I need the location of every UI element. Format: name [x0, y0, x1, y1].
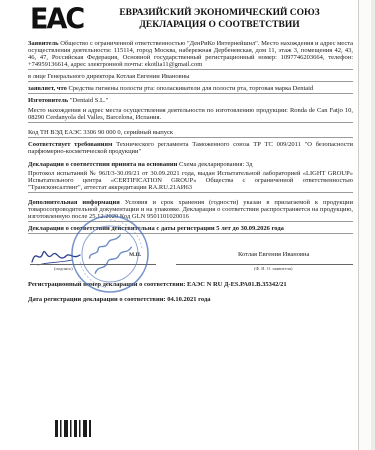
- eac-logo: ЕАС: [30, 5, 83, 33]
- title-line-union: ЕВРАЗИЙСКИЙ ЭКОНОМИЧЕСКИЙ СОЮЗ: [88, 8, 351, 20]
- manufacturer-label: Изготовитель: [28, 97, 68, 104]
- basis-label: Декларация о соответствии принята на осн…: [28, 161, 177, 168]
- applicant-paragraph: Заявитель Общество с ограниченной ответс…: [28, 40, 353, 70]
- document-body: Заявитель Общество с ограниченной ответс…: [28, 40, 353, 310]
- name-caption: (Ф. И. О. заявителя): [254, 266, 292, 271]
- document-title: ЕВРАЗИЙСКИЙ ЭКОНОМИЧЕСКИЙ СОЮЗ ДЕКЛАРАЦИ…: [88, 8, 351, 31]
- manufacturer-paragraph: Изготовитель "Dentaid S.L.": [28, 97, 353, 104]
- protocol-paragraph: Протокол испытаний № 96Л/3-30.09/21 от 3…: [28, 170, 353, 193]
- scan-edge-line: [358, 0, 359, 450]
- registration-date-line: Дата регистрации декларации о соответств…: [28, 296, 353, 304]
- additional-paragraph: Дополнительная информация Условия и срок…: [28, 199, 353, 222]
- basis-text: Схема декларирования: 3д: [179, 161, 252, 168]
- name-line: [176, 264, 353, 265]
- tnved-line: Код ТН ВЭД ЕАЭС 3306 90 000 0, серийный …: [28, 129, 353, 138]
- validity-line: Декларация о соответствии действительна …: [28, 225, 353, 234]
- declares-paragraph: заявляет, что Средства гигиены полости р…: [28, 85, 353, 94]
- registration-number-line: Регистрационный номер декларации о соотв…: [28, 281, 353, 289]
- signature-caption: (подпись): [54, 266, 73, 271]
- applicant-label: Заявитель: [28, 40, 59, 47]
- title-line-declaration: ДЕКЛАРАЦИЯ О СООТВЕТСТВИИ: [88, 20, 351, 32]
- declares-text: Средства гигиены полости рта: ополаскива…: [68, 85, 313, 92]
- scan-edge-strip-inner: [359, 0, 371, 450]
- scan-edge-strip: [371, 0, 375, 450]
- signature-block: М.П. Котлая Евгения Ивановна (подпись) (…: [28, 242, 353, 276]
- basis-paragraph: Декларация о соответствии принята на осн…: [28, 161, 353, 168]
- declares-label: заявляет, что: [28, 85, 67, 92]
- signature-line: [30, 264, 156, 265]
- applicant-name: Котлая Евгения Ивановна: [238, 251, 309, 258]
- additional-label: Дополнительная информация: [28, 199, 120, 206]
- barcode: [55, 420, 91, 437]
- complies-label: Соответствует требованиям: [28, 141, 112, 148]
- applicant-text: Общество с ограниченной ответственностью…: [28, 40, 353, 68]
- manufacturer-address: Место нахождения и адрес места осуществл…: [28, 107, 353, 123]
- manufacturer-text: "Dentaid S.L.": [70, 97, 108, 104]
- director-line: в лице Генерального директора Котлая Евг…: [28, 73, 353, 82]
- declaration-document: ЕАС ЕВРАЗИЙСКИЙ ЭКОНОМИЧЕСКИЙ СОЮЗ ДЕКЛА…: [0, 0, 375, 450]
- complies-paragraph: Соответствует требованиям Технического р…: [28, 141, 353, 155]
- stamp-place-label: М.П.: [129, 252, 141, 258]
